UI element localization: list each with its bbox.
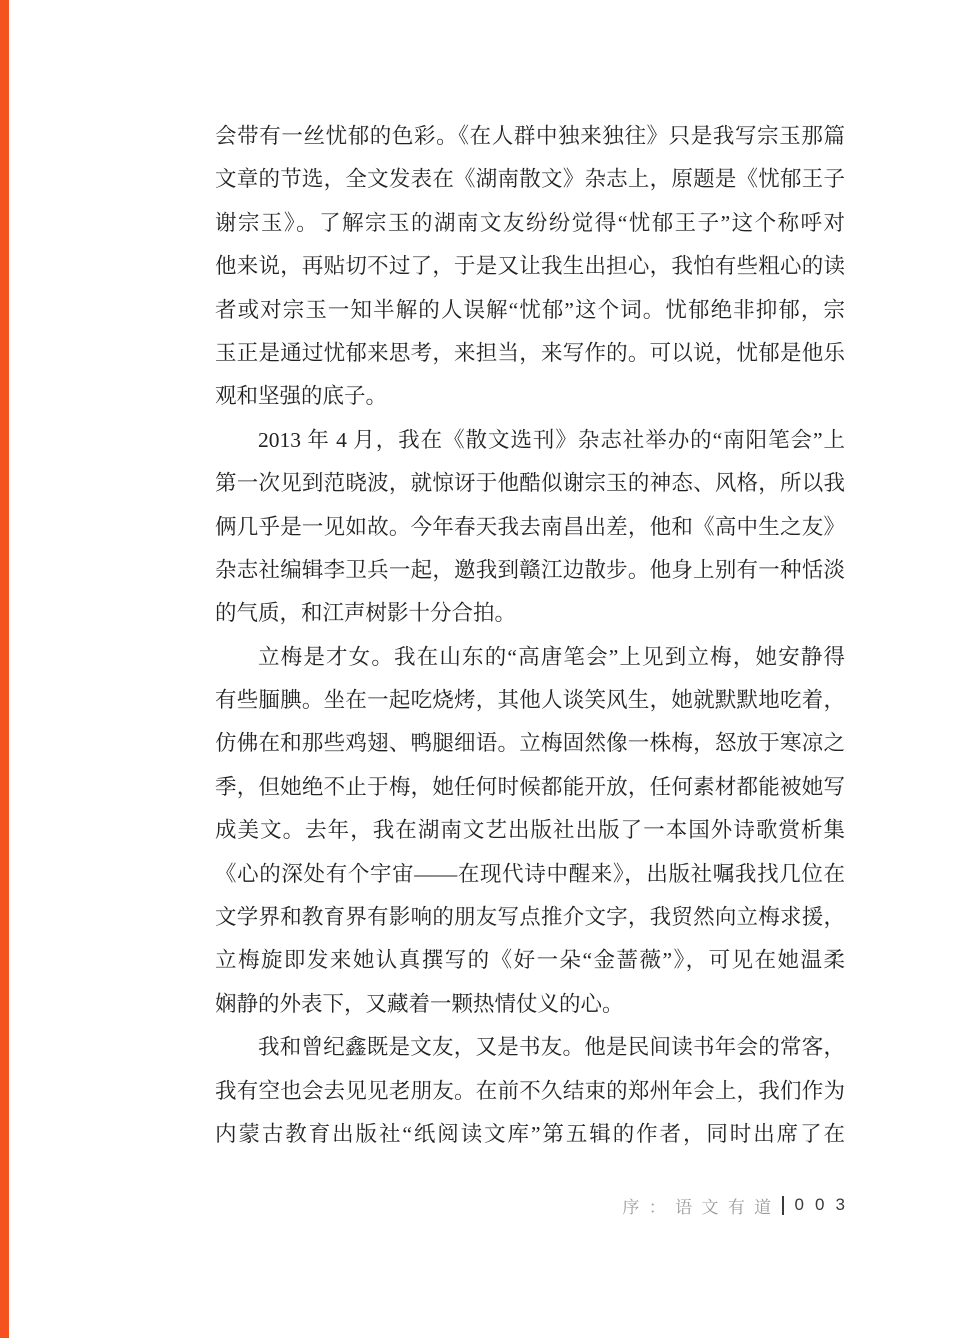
text-line: 仿佛在和那些鸡翅、鸭腿细语。立梅固然像一株梅，怒放于寒凉之	[215, 722, 845, 765]
paragraph: 我和曾纪鑫既是文友，又是书友。他是民间读书年会的常客，我有空也会去见见老朋友。在…	[215, 1026, 845, 1156]
paragraph: 2013 年 4 月，我在《散文选刊》杂志社举办的“南阳笔会”上第一次见到范晓波…	[215, 419, 845, 636]
text-line: 他来说，再贴切不过了，于是又让我生出担心，我怕有些粗心的读	[215, 245, 845, 288]
text-line: 的气质，和江声树影十分合拍。	[215, 592, 845, 635]
paragraph: 会带有一丝忧郁的色彩。《在人群中独来独往》只是我写宗玉那篇文章的节选，全文发表在…	[215, 115, 845, 419]
text-line: 文章的节选，全文发表在《湖南散文》杂志上，原题是《忧郁王子	[215, 158, 845, 201]
text-line: 成美文。去年，我在湖南文艺出版社出版了一本国外诗歌赏析集	[215, 809, 845, 852]
text-line: 立梅是才女。我在山东的“高唐笔会”上见到立梅，她安静得	[215, 636, 845, 679]
text-line: 观和坚强的底子。	[215, 375, 845, 418]
text-line: 立梅旋即发来她认真撰写的《好一朵“金蔷薇”》，可见在她温柔	[215, 939, 845, 982]
page-body: 会带有一丝忧郁的色彩。《在人群中独来独往》只是我写宗玉那篇文章的节选，全文发表在…	[215, 115, 845, 1156]
text-line: 《心的深处有个宇宙——在现代诗中醒来》，出版社嘱我找几位在	[215, 853, 845, 896]
text-line: 文学界和教育界有影响的朋友写点推介文字，我贸然向立梅求援，	[215, 896, 845, 939]
footer-section-label: 序：	[622, 1193, 675, 1218]
text-line: 2013 年 4 月，我在《散文选刊》杂志社举办的“南阳笔会”上	[215, 419, 845, 462]
text-line: 娴静的外表下，又藏着一颗热情仗义的心。	[215, 983, 845, 1026]
text-line: 谢宗玉》。了解宗玉的湖南文友纷纷觉得“忧郁王子”这个称呼对	[215, 202, 845, 245]
text-line: 季，但她绝不止于梅，她任何时候都能开放，任何素材都能被她写	[215, 766, 845, 809]
text-line: 我有空也会去见见老朋友。在前不久结束的郑州年会上，我们作为	[215, 1070, 845, 1113]
page-footer: 序： 语文有道 003	[622, 1193, 845, 1217]
text-line: 有些腼腆。坐在一起吃烧烤，其他人谈笑风生，她就默默地吃着，	[215, 679, 845, 722]
text-line: 会带有一丝忧郁的色彩。《在人群中独来独往》只是我写宗玉那篇	[215, 115, 845, 158]
paragraph: 立梅是才女。我在山东的“高唐笔会”上见到立梅，她安静得有些腼腆。坐在一起吃烧烤，…	[215, 636, 845, 1027]
text-line: 第一次见到范晓波，就惊讶于他酷似谢宗玉的神态、风格，所以我	[215, 462, 845, 505]
text-line: 内蒙古教育出版社“纸阅读文库”第五辑的作者，同时出席了在	[215, 1113, 845, 1156]
footer-book-title: 语文有道	[675, 1193, 780, 1218]
book-page: 会带有一丝忧郁的色彩。《在人群中独来独往》只是我写宗玉那篇文章的节选，全文发表在…	[0, 0, 969, 1338]
footer-page-number: 003	[795, 1195, 857, 1215]
text-line: 杂志社编辑李卫兵一起，邀我到赣江边散步。他身上别有一种恬淡	[215, 549, 845, 592]
footer-divider	[782, 1196, 784, 1215]
accent-stripe	[0, 0, 9, 1338]
text-line: 玉正是通过忧郁来思考，来担当，来写作的。可以说，忧郁是他乐	[215, 332, 845, 375]
text-line: 者或对宗玉一知半解的人误解“忧郁”这个词。忧郁绝非抑郁，宗	[215, 289, 845, 332]
text-line: 俩几乎是一见如故。今年春天我去南昌出差，他和《高中生之友》	[215, 506, 845, 549]
text-line: 我和曾纪鑫既是文友，又是书友。他是民间读书年会的常客，	[215, 1026, 845, 1069]
